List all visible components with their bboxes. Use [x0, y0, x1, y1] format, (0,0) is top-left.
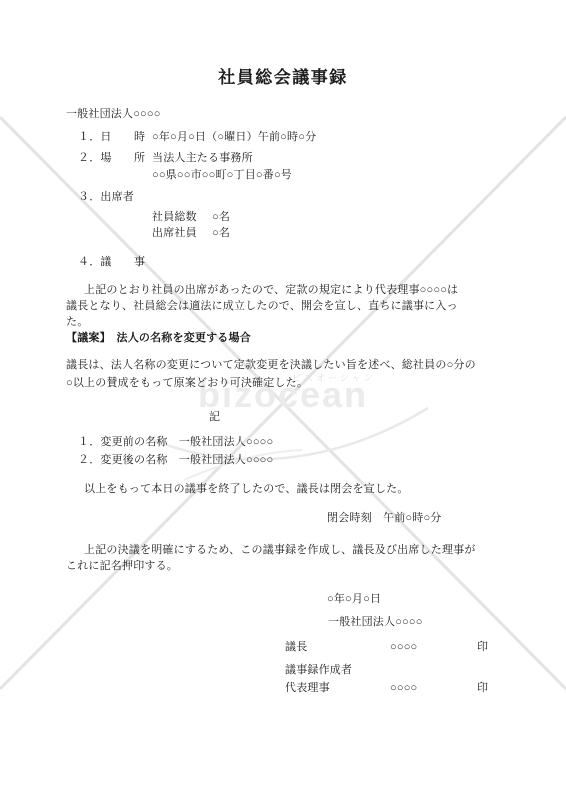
document-page: bizocean ビズオーシャン 社員総会議事録 一般社団法人○○○○ １．日 …: [0, 0, 566, 800]
attendees-present-label: 出席社員: [152, 227, 197, 240]
attendees-total-label: 社員総数: [152, 211, 197, 224]
item-place-address: ○○県○○市○○町○丁目○番○号: [152, 169, 292, 182]
signature-date: ○年○月○日: [327, 593, 381, 606]
item-place-value: 当法人主たる事務所: [152, 152, 253, 165]
opening-paragraph-line-1: 上記のとおり社員の出席があったので、定款の規定により代表理事○○○○は: [84, 284, 458, 297]
company-name: 一般社団法人○○○○: [66, 108, 161, 121]
item-datetime-label: １．日 時: [78, 131, 145, 144]
attestation-line-1: 上記の決議を明確にするため、この議事録を作成し、議長及び出席した理事が: [84, 544, 476, 557]
item-agenda-label: ４．議 事: [78, 256, 145, 269]
closing-statement: 以上をもって本日の議事を終了したので、議長は閉会を宣した。: [84, 483, 409, 496]
sig-representative-name: ○○○○: [390, 682, 417, 695]
closing-time: 閉会時刻 午前○時○分: [327, 512, 442, 525]
attestation-line-2: これに記名押印する。: [66, 560, 178, 573]
attendees-total-value: ○名: [212, 211, 230, 224]
record-marker: 記: [209, 411, 220, 424]
sig-recorder-role: 議事録作成者: [285, 664, 352, 677]
sig-chair-seal: 印: [477, 641, 488, 654]
sig-representative-seal: 印: [477, 682, 488, 695]
attendees-present-value: ○名: [212, 227, 230, 240]
sig-chair-name: ○○○○: [390, 641, 417, 654]
item-place-label: ２．場 所: [78, 152, 145, 165]
name-before-line: １．変更前の名称 一般社団法人○○○○: [78, 436, 273, 449]
signature-company: 一般社団法人○○○○: [328, 616, 423, 629]
proposal-heading: 【議案】 法人の名称を変更する場合: [66, 332, 251, 345]
proposal-paragraph-line-2: ○以上の賛成をもって原案どおり可決確定した。: [66, 377, 308, 390]
opening-paragraph-line-3: た。: [66, 316, 88, 329]
sig-representative-role: 代表理事: [285, 682, 330, 695]
document-title: 社員総会議事録: [0, 68, 566, 87]
proposal-paragraph-line-1: 議長は、法人名称の変更について定款変更を決議したい旨を述べ、総社員の○分の: [66, 359, 476, 372]
item-attendees-label: ３．出席者: [78, 191, 134, 204]
item-datetime-value: ○年○月○日（○曜日）午前○時○分: [152, 131, 316, 144]
sig-chair-role: 議長: [285, 641, 307, 654]
opening-paragraph-line-2: 議長となり、社員総会は適法に成立したので、開会を宣し、直ちに議事に入っ: [66, 300, 458, 313]
name-after-line: ２．変更後の名称 一般社団法人○○○○: [78, 454, 273, 467]
